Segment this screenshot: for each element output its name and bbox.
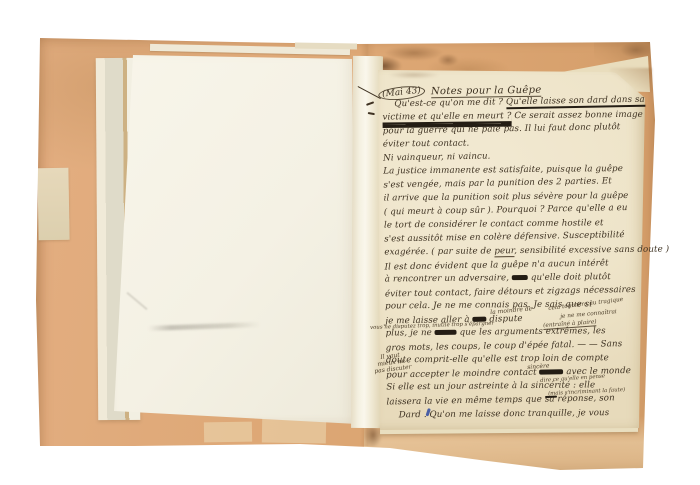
ink-mark: [366, 101, 374, 106]
margin-note: la moindre de: [490, 305, 532, 316]
margin-notes: la moindre decela tournera au tragiqueje…: [0, 0, 700, 485]
ink-mark: [368, 112, 375, 115]
margin-note: (entraîné à plaire): [543, 319, 597, 330]
ink-mark: [545, 396, 557, 399]
margin-note: sincère: [527, 362, 550, 371]
manuscript-photo: (Mai 43)Notes pour la Guêpe Qu'est-ce qu…: [0, 0, 700, 485]
margin-note: vous ne disputez trop, inutile trop s'ép…: [370, 321, 494, 331]
margin-note: (mais s'incriminant la faute): [548, 387, 625, 397]
margin-note: dire ce qu'elle en pense: [540, 373, 605, 384]
ink-mark: [426, 408, 431, 416]
ink-mark: [357, 86, 381, 99]
margin-note: je ne me connaîtrai: [560, 309, 617, 320]
